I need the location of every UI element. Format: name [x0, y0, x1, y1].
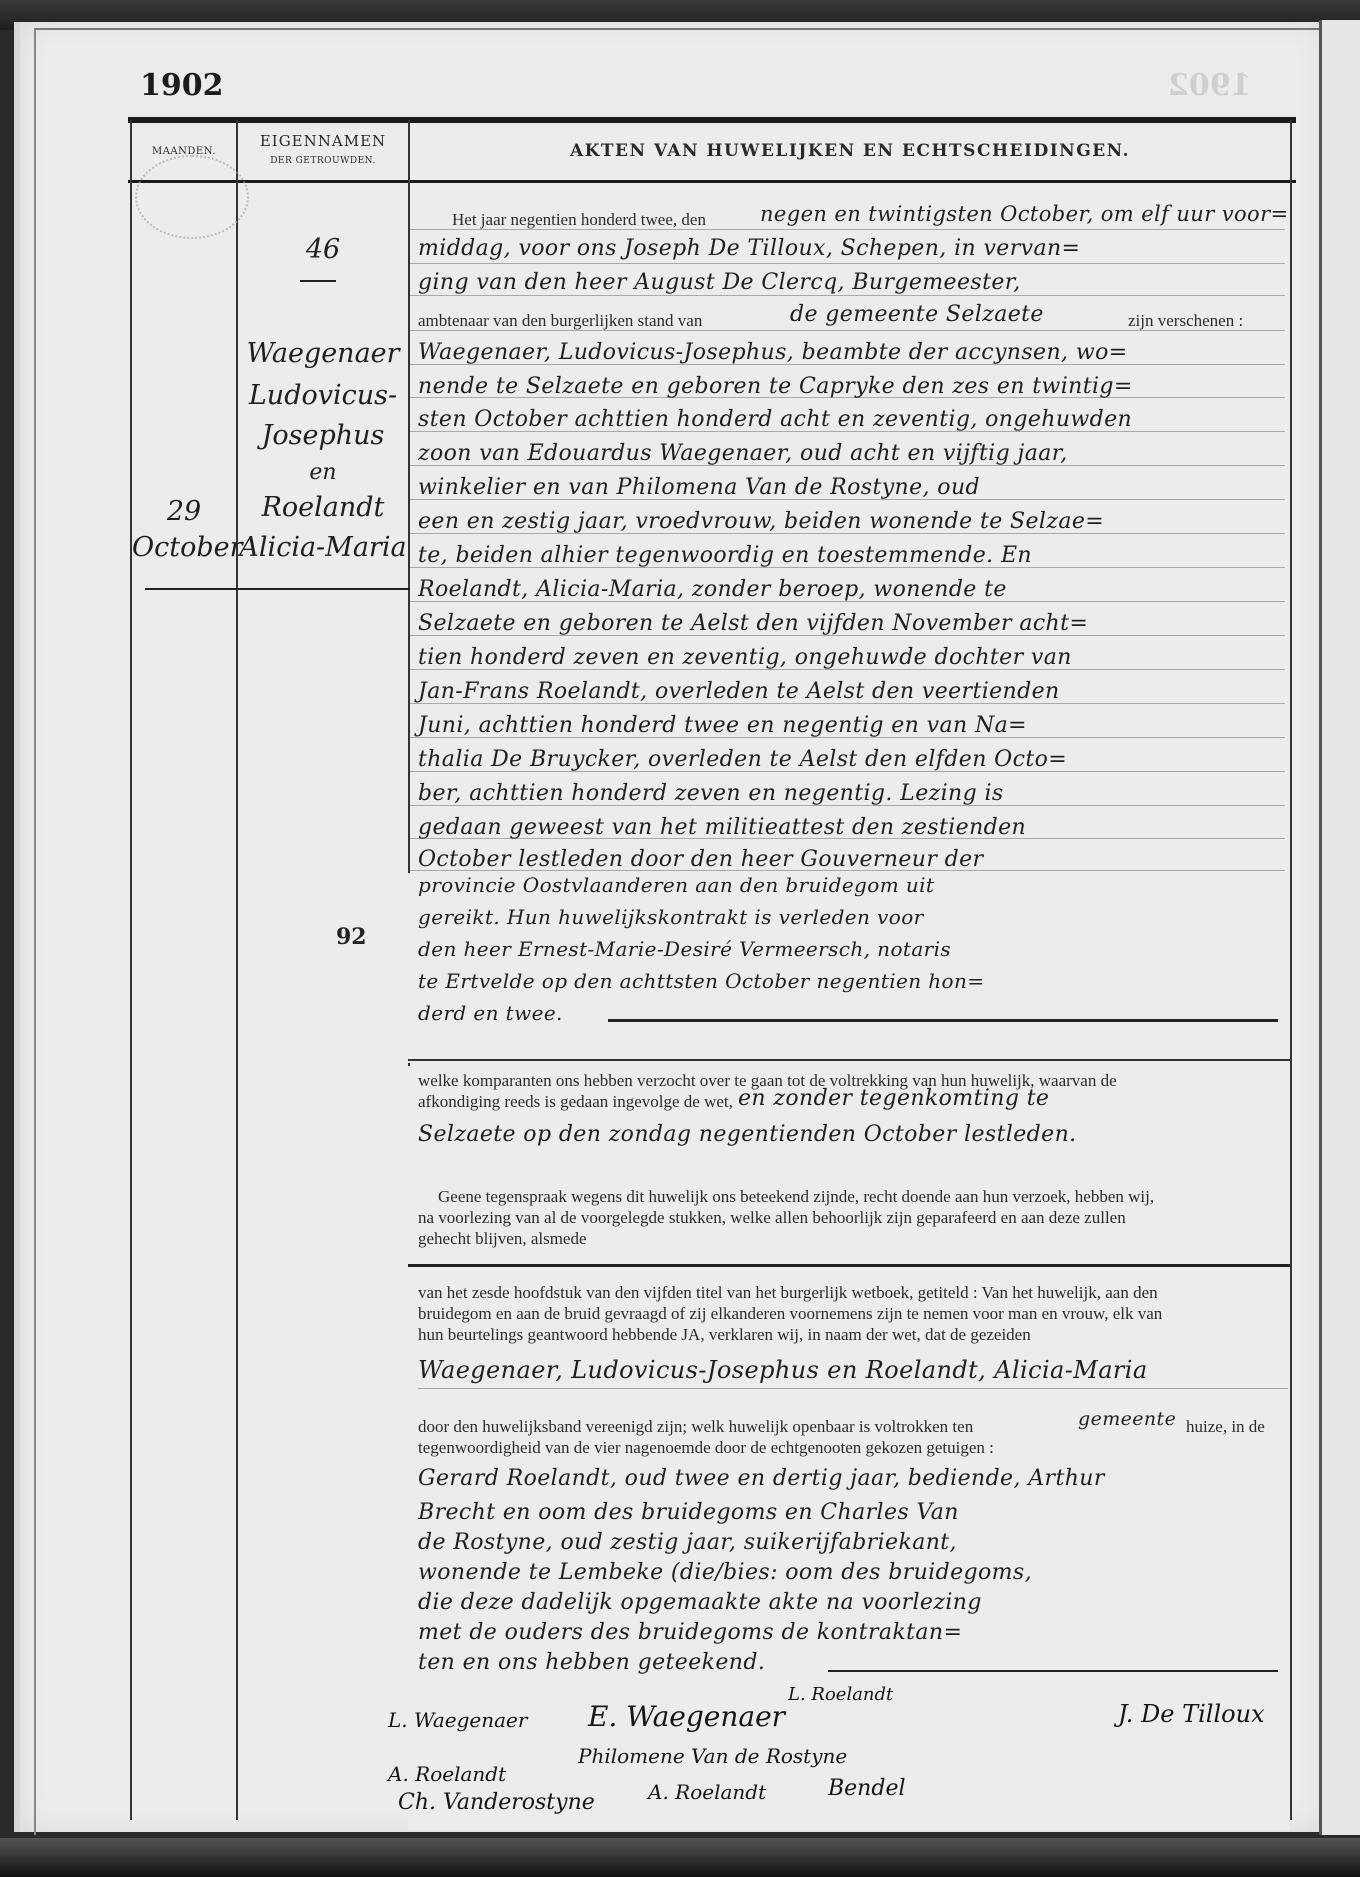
parties-line-19: den heer Ernest-Marie-Desiré Vermeersch,… [418, 937, 951, 961]
parties-line-1: Waegenaer, Ludovicus-Josephus, beambte d… [418, 340, 1128, 365]
column-header-months: MAANDEN. [132, 146, 236, 157]
act-number-dash [300, 280, 336, 282]
act-line-2: middag, voor ons Joseph De Tilloux, Sche… [418, 236, 1080, 261]
parties-line-18: gereikt. Hun huwelijkskontrakt is verled… [418, 905, 924, 929]
union-place-hand: gemeente [1078, 1408, 1176, 1430]
margin-entry-divider [145, 588, 410, 590]
union-print-post: huize, in de [1186, 1416, 1265, 1437]
register-year: 1902 [140, 68, 224, 103]
header-bottom-rule [128, 180, 1296, 183]
signature-witness-bendel: Bendel [828, 1776, 906, 1801]
union-print-pre: door den huwelijksband vereenigd zijn; w… [418, 1416, 973, 1437]
no-objection-line-1: Geene tegenspraak wegens dit huwelijk on… [438, 1186, 1154, 1207]
stamp-mark [135, 155, 249, 239]
witness-line-10: ten en ons hebben geteekend. [418, 1650, 765, 1675]
parties-line-10: tien honderd zeven en zeventig, ongehuwd… [418, 645, 1072, 670]
bleed-through-year: 1902 [1168, 68, 1252, 103]
parties-line-5: winkelier en van Philomena Van de Rostyn… [418, 475, 980, 500]
law-line-2: bruidegom en aan de bruid gevraagd of zi… [418, 1303, 1162, 1324]
witness-line-8: die deze dadelijk opgemaakte akte na voo… [418, 1590, 982, 1615]
no-objection-line-3: gehecht blijven, alsmede [418, 1228, 587, 1249]
parties-line-21: derd en twee. [418, 1001, 563, 1025]
parties-line-6: een en zestig jaar, vroedvrouw, beiden w… [418, 509, 1104, 534]
parties-line-3: sten October achttien honderd acht en ze… [418, 407, 1132, 432]
parties-line-15: gedaan geweest van het militieattest den… [418, 815, 1026, 840]
margin-name-line-2: Ludovicus- [238, 380, 408, 411]
union-print-line-2: tegenwoordigheid van de vier nagenoemde … [418, 1437, 994, 1458]
act-date-hand: negen en twintigsten October, om elf uur… [760, 202, 1289, 226]
next-page-edge [1319, 20, 1360, 1835]
signature-witness-gerard: A. Roelandt [388, 1762, 506, 1786]
parties-line-2: nende te Selzaete en geboren te Capryke … [418, 374, 1133, 399]
witness-line-1: Gerard Roelandt, oud twee en dertig jaar… [418, 1466, 1105, 1491]
act-intro-print: Het jaar negentien honderd twee, den [452, 209, 706, 230]
margin-day: 29 [132, 496, 236, 527]
parties-continued-block: provincie Oostvlaanderen aan den bruideg… [408, 873, 1290, 1063]
witness-line-5: Brecht en oom des bruidegoms en Charles … [418, 1500, 959, 1525]
column-header-names-subtitle: DER GETROUWDEN. [238, 156, 408, 166]
margin-month: October [132, 532, 236, 563]
witness-and-signatures: Brecht en oom des bruidegoms en Charles … [408, 1500, 1290, 1830]
signature-alderman: J. De Tilloux [1118, 1700, 1265, 1728]
act-number: 46 [238, 234, 408, 265]
page-number: 92 [336, 924, 367, 950]
parties-line-20: te Ertvelde op den achttsten October neg… [418, 969, 984, 993]
law-line-3: hun beurtelings geantwoord hebbende JA, … [418, 1324, 1031, 1345]
margin-name-line-4: en [238, 460, 408, 485]
no-objection-line-2: na voorlezing van al de voorgelegde stuk… [418, 1207, 1126, 1228]
witness-line-6: de Rostyne, oud zestig jaar, suikerijfab… [418, 1530, 957, 1555]
parties-line-4: zoon van Edouardus Waegenaer, oud acht e… [418, 441, 1068, 466]
parties-line-11: Jan-Frans Roelandt, overleden te Aelst d… [418, 679, 1060, 704]
signature-mother: Philomene Van de Rostyne [578, 1744, 847, 1768]
request-hand-line-1: en zonder tegenkomting te [738, 1086, 1049, 1111]
margin-name-line-3: Josephus [238, 420, 408, 451]
signature-groom: L. Waegenaer [388, 1708, 527, 1732]
signature-father: E. Waegenaer [588, 1700, 785, 1733]
margin-name-line-6: Alicia-Maria [238, 532, 408, 563]
parties-line-14: ber, achttien honderd zeven en negentig.… [418, 781, 1004, 806]
table-right-border [1290, 120, 1292, 1820]
parties-line-12: Juni, achttien honderd twee en negentig … [418, 713, 1027, 738]
header-top-rule [128, 117, 1296, 123]
parties-line-13: thalia De Bruycker, overleden te Aelst d… [418, 747, 1067, 772]
fill-line [608, 1019, 1278, 1022]
witness-line-9: met de ouders des bruidegoms de kontrakt… [418, 1620, 962, 1645]
column-header-names: EIGENNAMEN [238, 132, 408, 150]
parties-line-9: Selzaete en geboren te Aelst den vijfden… [418, 611, 1088, 636]
signature-witness-charles: Ch. Vanderostyne [398, 1790, 595, 1815]
act-line-3: ging van den heer August De Clercq, Burg… [418, 270, 1021, 295]
signature-bride: L. Roelandt [788, 1684, 893, 1705]
parties-line-8: Roelandt, Alicia-Maria, zonder beroep, w… [418, 577, 1007, 602]
section-rule [408, 1264, 1290, 1267]
parties-line-17: provincie Oostvlaanderen aan den bruideg… [418, 873, 934, 897]
book-binding-bottom [0, 1838, 1360, 1877]
signature-witness-arthur: A. Roelandt [648, 1780, 766, 1804]
officer-municipality-hand: de gemeente Selzaete [790, 302, 1044, 327]
request-print-line-2: afkondiging reeds is gedaan ingevolge de… [418, 1091, 733, 1112]
law-line-1: van het zesde hoofdstuk van den vijfden … [418, 1282, 1158, 1303]
margin-name-line-5: Roelandt [238, 492, 408, 523]
column-header-acts: AKTEN VAN HUWELIJKEN EN ECHTSCHEIDINGEN. [410, 141, 1290, 161]
parties-line-16: October lestleden door den heer Gouverne… [418, 847, 983, 872]
officer-print-pre: ambtenaar van den burgerlijken stand van [418, 310, 702, 331]
parties-line-7: te, beiden alhier tegenwoordig en toeste… [418, 543, 1032, 568]
officer-print-post: zijn verschenen : [1128, 310, 1243, 331]
months-column-divider [236, 120, 238, 1820]
margin-name-line-1: Waegenaer [238, 338, 408, 369]
couple-names-hand: Waegenaer, Ludovicus-Josephus en Roeland… [418, 1356, 1148, 1384]
request-hand-line-2: Selzaete op den zondag negentienden Octo… [418, 1122, 1077, 1147]
table-left-border [130, 120, 132, 1820]
witness-line-7: wonende te Lembeke (die/bies: oom des br… [418, 1560, 1032, 1585]
